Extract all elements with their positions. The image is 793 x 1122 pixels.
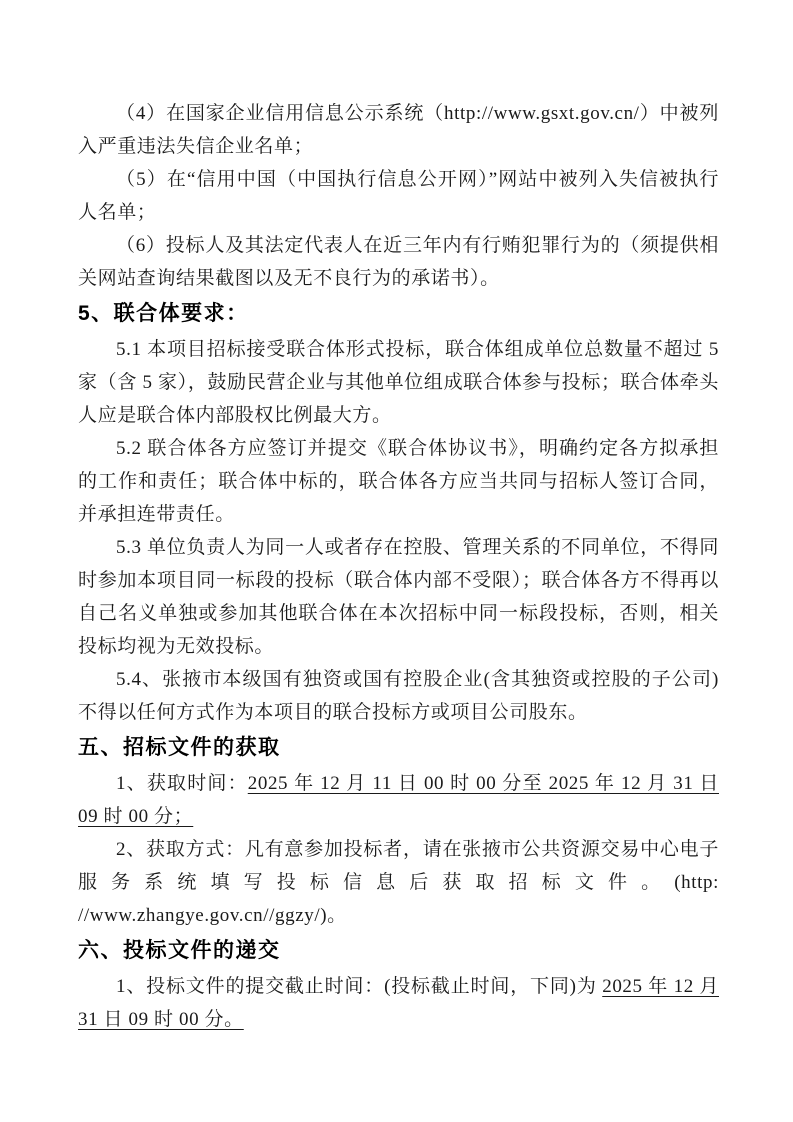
acquisition-time-label: 1、获取时间： — [116, 773, 248, 794]
clause-item-5: （5）在“信用中国（中国执行信息公开网）”网站中被列入失信被执行人名单； — [78, 163, 719, 229]
clause-item-6: （6）投标人及其法定代表人在近三年内有行贿犯罪行为的（须提供相关网站查询结果截图… — [78, 229, 719, 295]
acquisition-method-text: 2、获取方式：凡有意参加投标者，请在张掖市公共资源交易中心电子服务系统填写投标信… — [78, 839, 719, 893]
section-wu-document-acquisition-heading: 五、招标文件的获取 — [78, 729, 719, 767]
submission-deadline-label: 1、投标文件的提交截止时间：(投标截止时间，下同)为 — [116, 976, 602, 997]
section-5-consortium-heading: 5、联合体要求： — [78, 295, 719, 333]
paragraph-5-2: 5.2 联合体各方应签订并提交《联合体协议书》，明确约定各方拟承担的工作和责任；… — [78, 432, 719, 531]
acquisition-method-url: //www.zhangye.gov.cn//ggzy/)。 — [78, 905, 347, 926]
submission-deadline-paragraph: 1、投标文件的提交截止时间：(投标截止时间，下同)为 2025 年 12 月 3… — [78, 970, 719, 1036]
acquisition-time-paragraph: 1、获取时间：2025 年 12 月 11 日 00 时 00 分至 2025 … — [78, 767, 719, 833]
paragraph-5-4: 5.4、张掖市本级国有独资或国有控股企业(含其独资或控股的子公司)不得以任何方式… — [78, 663, 719, 729]
clause-item-4: （4）在国家企业信用信息公示系统（http://www.gsxt.gov.cn/… — [78, 97, 719, 163]
section-liu-bid-submission-heading: 六、投标文件的递交 — [78, 932, 719, 970]
acquisition-method-paragraph: 2、获取方式：凡有意参加投标者，请在张掖市公共资源交易中心电子服务系统填写投标信… — [78, 833, 719, 932]
document-page: （4）在国家企业信用信息公示系统（http://www.gsxt.gov.cn/… — [0, 0, 793, 1122]
paragraph-5-1: 5.1 本项目招标接受联合体形式投标，联合体组成单位总数量不超过 5 家（含 5… — [78, 333, 719, 432]
paragraph-5-3: 5.3 单位负责人为同一人或者存在控股、管理关系的不同单位，不得同时参加本项目同… — [78, 531, 719, 663]
